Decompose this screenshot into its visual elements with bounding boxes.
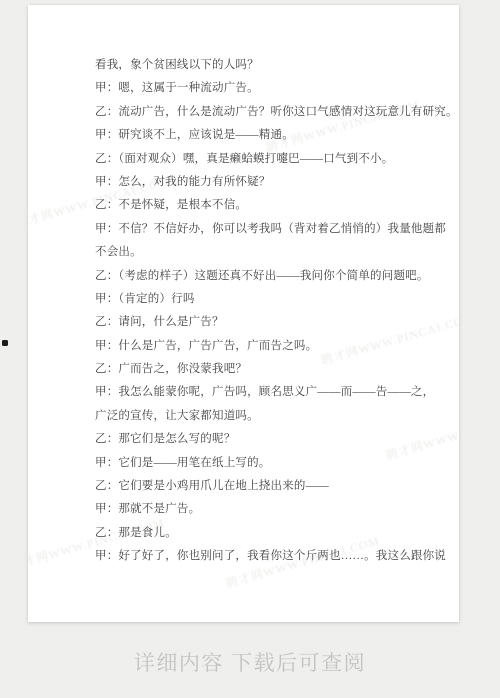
- dialogue-line: 乙：（面对观众）嘿，真是癞蛤蟆打嚏巴——口气到不小。: [95, 148, 455, 171]
- dialogue-line: 甲：怎么，对我的能力有所怀疑？: [95, 171, 455, 194]
- dialogue-line: 甲：它们是——用笔在纸上写的。: [95, 452, 455, 475]
- dialogue-line: 甲：我怎么能蒙你呢，广告吗，顾名思义广——而——告——之，: [95, 381, 455, 404]
- dialogue-line: 看我，象个贫困线以下的人吗？: [95, 54, 455, 77]
- dialogue-line: 不会出。: [95, 241, 455, 264]
- dialogue-line: 乙：广而告之，你没蒙我吧？: [95, 358, 455, 381]
- document-page: 聘才网WWW.PINCAI.COM 聘才网WWW.PINCAI.COM 聘才网W…: [28, 5, 459, 622]
- dialogue-line: 乙：它们要是小鸡用爪儿在地上挠出来的——: [95, 475, 455, 498]
- dialogue-line: 乙：请问，什么是广告？: [95, 311, 455, 334]
- dialogue-line: 甲：那就不是广告。: [95, 498, 455, 521]
- dialogue-line: 乙：流动广告，什么是流动广告？听你这口气感情对这玩意儿有研究。: [95, 101, 455, 124]
- dialogue-line: 乙：（考虑的样子）这题还真不好出——我问你个简单的问题吧。: [95, 265, 455, 288]
- dialogue-line: 乙：那是食儿。: [95, 522, 455, 545]
- dialogue-line: 甲：什么是广告，广告广告，广而告之吗。: [95, 335, 455, 358]
- dialogue-line: 甲：好了好了，你也别问了，我看你这个斤两也……。我这么跟你说: [95, 545, 455, 568]
- dialogue-line: 甲：（肯定的）行吗: [95, 288, 455, 311]
- dialogue-line: 乙：那它们是怎么写的呢？: [95, 428, 455, 451]
- dialogue-line: 甲：嗯，这属于一种流动广告。: [95, 77, 455, 100]
- footer-note: 详细内容 下载后可查阅: [0, 648, 500, 680]
- dialogue-line: 甲：不信？不信好办，你可以考我吗（背对着乙悄悄的）我量他题都: [95, 218, 455, 241]
- dialogue-line: 广泛的宣传，让大家都知道吗。: [95, 405, 455, 428]
- document-preview: 聘才网WWW.PINCAI.COM 聘才网WWW.PINCAI.COM 聘才网W…: [0, 0, 500, 698]
- dialogue-text: 看我，象个贫困线以下的人吗？甲：嗯，这属于一种流动广告。乙：流动广告，什么是流动…: [95, 54, 455, 569]
- bullet-dot: [2, 340, 8, 346]
- dialogue-line: 乙：不是怀疑，是根本不信。: [95, 194, 455, 217]
- dialogue-line: 甲：研究谈不上，应该说是——精通。: [95, 124, 455, 147]
